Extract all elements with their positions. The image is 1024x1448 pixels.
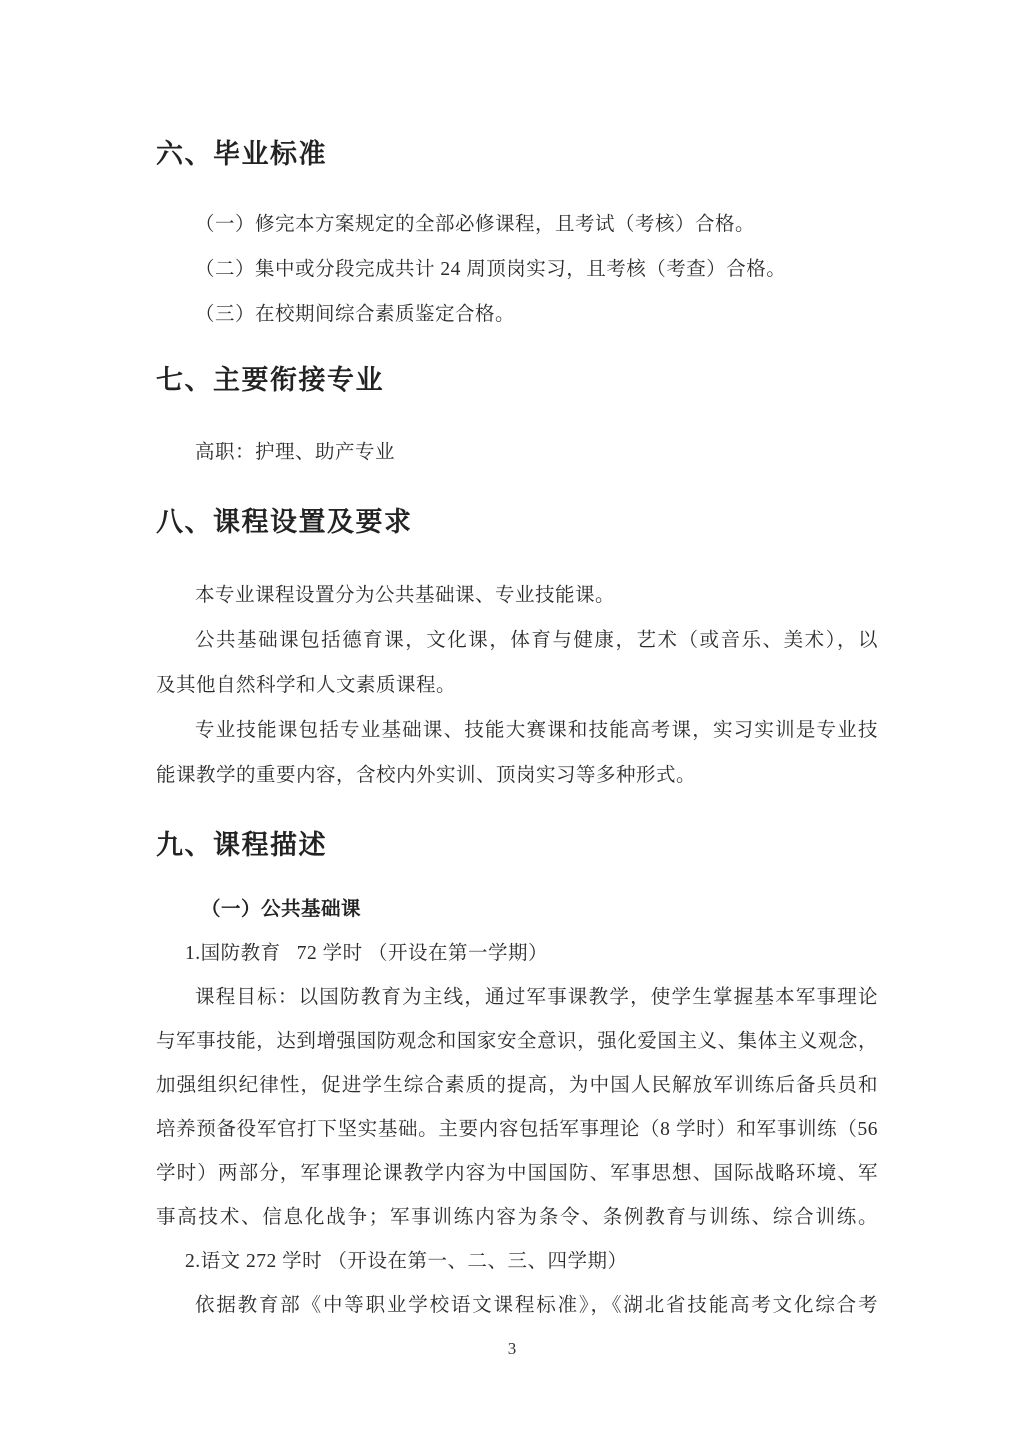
document-content: 六、毕业标准 （一）修完本方案规定的全部必修课程，且考试（考核）合格。 （二）集… <box>156 0 878 1328</box>
course-setup-line-3: 及其他自然科学和人文素质课程。 <box>156 663 878 708</box>
course-setup-line-4: 专业技能课包括专业基础课、技能大赛课和技能高考课，实习实训是专业技 <box>156 708 878 753</box>
graduation-item-2: （二）集中或分段完成共计 24 周顶岗实习，且考核（考查）合格。 <box>156 247 878 292</box>
course-1-heading: 1.国防教育 72 学时 （开设在第一学期） <box>156 932 878 976</box>
course-1-desc-line-3: 加强组织纪律性，促进学生综合素质的提高，为中国人民解放军训练后备兵员和 <box>156 1064 878 1108</box>
section-title-cohesion-majors: 七、主要衔接专业 <box>156 362 878 398</box>
section-title-course-setup: 八、课程设置及要求 <box>156 504 878 540</box>
document-page: 六、毕业标准 （一）修完本方案规定的全部必修课程，且考试（考核）合格。 （二）集… <box>0 0 1024 1448</box>
course-1-desc-line-6: 事高技术、信息化战争；军事训练内容为条令、条例教育与训练、综合训练。 <box>156 1196 878 1240</box>
course-2-heading: 2.语文 272 学时 （开设在第一、二、三、四学期） <box>156 1240 878 1284</box>
graduation-item-1: （一）修完本方案规定的全部必修课程，且考试（考核）合格。 <box>156 202 878 247</box>
graduation-items-list: （一）修完本方案规定的全部必修课程，且考试（考核）合格。 （二）集中或分段完成共… <box>156 202 878 337</box>
course-descriptions-block: （一）公共基础课 1.国防教育 72 学时 （开设在第一学期） 课程目标：以国防… <box>156 888 878 1328</box>
course-setup-line-5: 能课教学的重要内容，含校内外实训、顶岗实习等多种形式。 <box>156 753 878 798</box>
course-1-desc-line-1: 课程目标：以国防教育为主线，通过军事课教学，使学生掌握基本军事理论 <box>156 976 878 1020</box>
subsection-title-public-basic-courses: （一）公共基础课 <box>156 888 878 932</box>
course-2-desc-line-1: 依据教育部《中等职业学校语文课程标准》，《湖北省技能高考文化综合考 <box>156 1284 878 1328</box>
graduation-item-3: （三）在校期间综合素质鉴定合格。 <box>156 292 878 337</box>
course-setup-line-2: 公共基础课包括德育课，文化课，体育与健康，艺术（或音乐、美术），以 <box>156 618 878 663</box>
course-1-desc-line-5: 学时）两部分，军事理论课教学内容为中国国防、军事思想、国际战略环境、军 <box>156 1152 878 1196</box>
page-number: 3 <box>0 1338 1024 1360</box>
course-setup-paragraphs: 本专业课程设置分为公共基础课、专业技能课。 公共基础课包括德育课，文化课，体育与… <box>156 573 878 798</box>
course-setup-line-1: 本专业课程设置分为公共基础课、专业技能课。 <box>156 573 878 618</box>
course-1-desc-line-4: 培养预备役军官打下坚实基础。主要内容包括军事理论（8 学时）和军事训练（56 <box>156 1108 878 1152</box>
course-1-desc-line-2: 与军事技能，达到增强国防观念和国家安全意识，强化爱国主义、集体主义观念， <box>156 1020 878 1064</box>
cohesion-majors-text: 高职：护理、助产专业 <box>156 430 878 475</box>
section-title-course-descriptions: 九、课程描述 <box>156 827 878 863</box>
section-title-graduation-standards: 六、毕业标准 <box>156 136 878 172</box>
